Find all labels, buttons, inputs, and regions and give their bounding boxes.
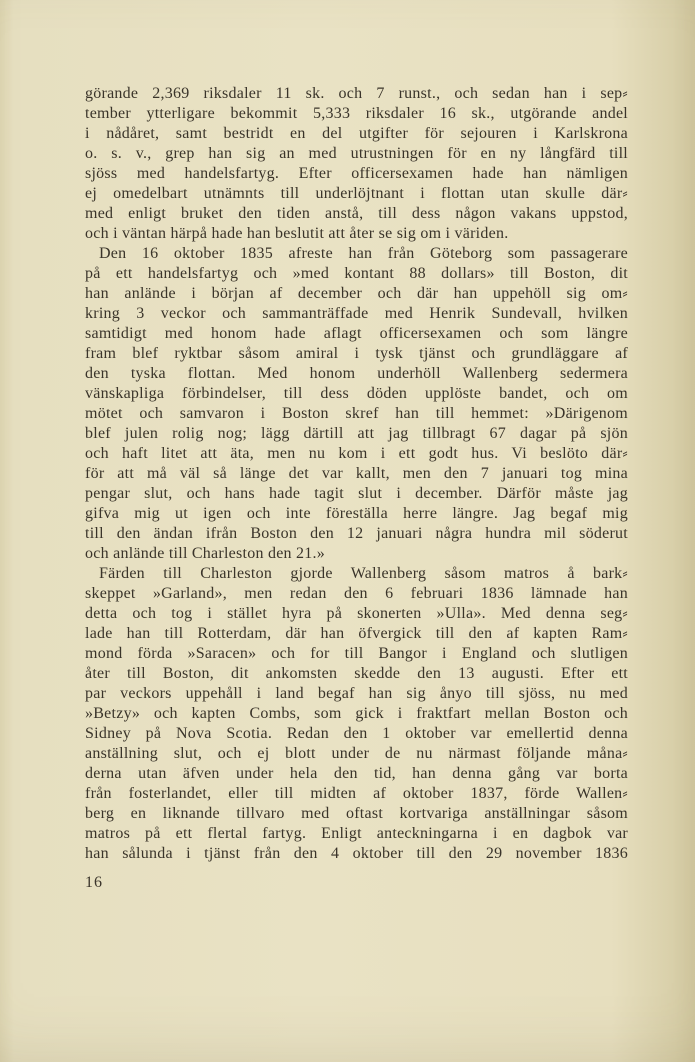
text-line: på ett handelsfartyg och »med kontant 88… [85, 264, 628, 284]
text-line: åter till Boston, dit ankomsten skedde d… [85, 664, 628, 684]
text-line: ej omedelbart utnämnts till underlöjtnan… [85, 184, 628, 204]
text-line: »Betzy» och kapten Combs, som gick i fra… [85, 704, 628, 724]
text-line: Sidney på Nova Scotia. Redan den 1 oktob… [85, 724, 628, 744]
text-line: gifva mig ut igen och inte föreställa he… [85, 504, 628, 524]
text-line: kring 3 veckor och sammanträffade med He… [85, 304, 628, 324]
text-line: mond förda »Saracen» och for till Bangor… [85, 644, 628, 664]
text-line: Färden till Charleston gjorde Wallenberg… [85, 564, 628, 584]
text-line: vänskapliga förbindelser, till dess döde… [85, 384, 628, 404]
text-line: sjöss med handelsfartyg. Efter officerse… [85, 164, 628, 184]
text-line: par veckors uppehåll i land begaf han si… [85, 684, 628, 704]
text-line: med enligt bruket den tiden anstå, till … [85, 204, 628, 224]
text-line: anställning slut, och ej blott under de … [85, 744, 628, 764]
text-line: lade han till Rotterdam, där han öfvergi… [85, 624, 628, 644]
text-line: görande 2,369 riksdaler 11 sk. och 7 run… [85, 84, 628, 104]
paragraph: görande 2,369 riksdaler 11 sk. och 7 run… [85, 84, 628, 244]
text-line: för att må väl så länge det var kallt, m… [85, 464, 628, 484]
book-page: görande 2,369 riksdaler 11 sk. och 7 run… [0, 0, 695, 1062]
text-line: och anlände till Charleston den 21.» [85, 544, 628, 564]
text-line: derna utan äfven under hela den tid, han… [85, 764, 628, 784]
text-line: o. s. v., grep han sig an med utrustning… [85, 144, 628, 164]
text-line: matros på ett flertal fartyg. Enligt ant… [85, 824, 628, 844]
text-line: samtidigt med honom hade aflagt officers… [85, 324, 628, 344]
text-line: detta och tog i stället hyra på skonerte… [85, 604, 628, 624]
text-line: skeppet »Garland», men redan den 6 febru… [85, 584, 628, 604]
page-number: 16 [85, 874, 103, 892]
text-line: från fosterlandet, eller till midten af … [85, 784, 628, 804]
text-line: pengar slut, och hans hade tagit slut i … [85, 484, 628, 504]
text-line: han anlände i början af december och där… [85, 284, 628, 304]
text-line: och i väntan härpå hade han beslutit att… [85, 224, 628, 244]
text-line: fram blef ryktbar såsom amiral i tysk tj… [85, 344, 628, 364]
text-line: och haft litet att äta, men nu kom i ett… [85, 444, 628, 464]
text-line: till den ändan ifrån Boston den 12 janua… [85, 524, 628, 544]
text-line: tember ytterligare bekommit 5,333 riksda… [85, 104, 628, 124]
text-line: den tyska flottan. Med honom underhöll W… [85, 364, 628, 384]
text-line: mötet och samvaron i Boston skref han ti… [85, 404, 628, 424]
paragraph: Färden till Charleston gjorde Wallenberg… [85, 564, 628, 864]
text-line: berg en liknande tillvaro med oftast kor… [85, 804, 628, 824]
paragraph: Den 16 oktober 1835 afreste han från Göt… [85, 244, 628, 564]
text-line: i nådåret, samt bestridt en del utgifter… [85, 124, 628, 144]
text-line: Den 16 oktober 1835 afreste han från Göt… [85, 244, 628, 264]
body-text: görande 2,369 riksdaler 11 sk. och 7 run… [85, 84, 628, 864]
text-line: han sålunda i tjänst från den 4 oktober … [85, 844, 628, 864]
text-line: blef julen rolig nog; lägg därtill att j… [85, 424, 628, 444]
